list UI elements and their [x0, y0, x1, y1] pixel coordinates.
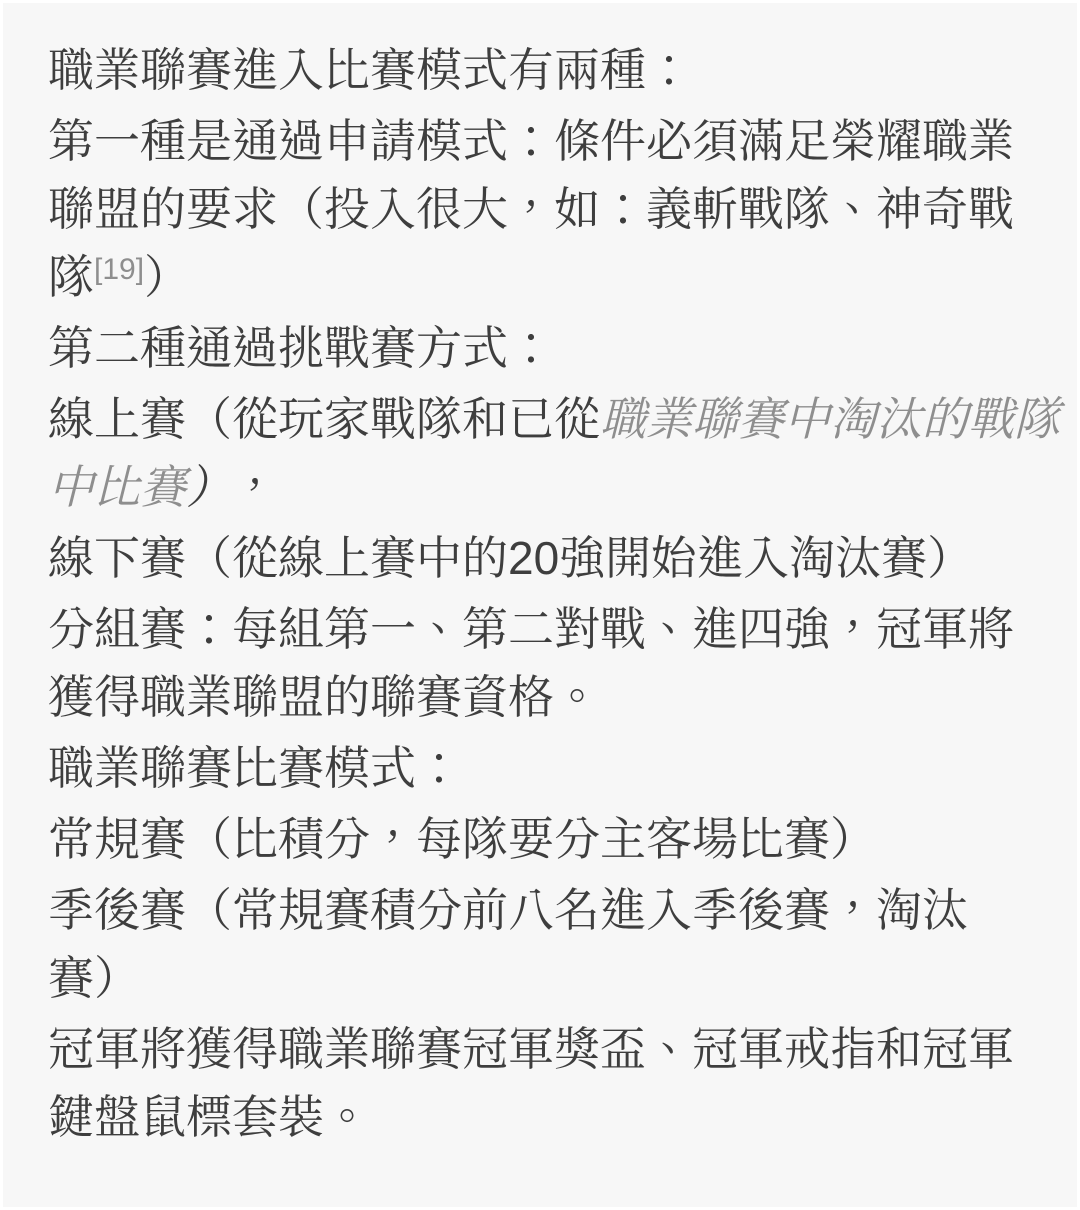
paragraph-group-stage: 分組賽：每組第一、第二對戰、進四強，冠軍將獲得職業聯盟的聯賽資格。 — [48, 595, 1032, 731]
paragraph-champion-rewards: 冠軍將獲得職業聯賽冠軍獎盃、冠軍戒指和冠軍鍵盤鼠標套裝。 — [48, 1015, 1032, 1151]
link-eliminated-teams[interactable]: 職業聯賽中淘汰的戰隊 — [600, 393, 1060, 445]
paragraph-league-modes-intro: 職業聯賽比賽模式： — [48, 734, 1032, 802]
text-run: 鍵盤鼠標套裝。 — [48, 1091, 370, 1143]
text-run: 獲得職業聯盟的聯賽資格。 — [48, 671, 600, 723]
text-run: 季後賽（常規賽積分前八名進入季後賽，淘汰 — [48, 884, 968, 936]
text-run: 賽） — [48, 952, 140, 1004]
text-run: 第一種是通過申請模式：條件必須滿足榮耀職業 — [48, 115, 1014, 167]
text-run: 職業聯賽進入比賽模式有兩種： — [48, 44, 692, 96]
text-run: 聯盟的要求（投入很大，如：義斬戰隊、神奇戰 — [48, 183, 1014, 235]
paragraph-entry-modes-intro: 職業聯賽進入比賽模式有兩種： — [48, 36, 1032, 104]
link-eliminated-teams[interactable]: 中比賽 — [48, 461, 186, 513]
text-run: 線下賽（從線上賽中的20強開始進入淘汰賽） — [48, 532, 973, 584]
text-run: ） — [186, 461, 232, 513]
paragraph-application-mode: 第一種是通過申請模式：條件必須滿足榮耀職業聯盟的要求（投入很大，如：義斬戰隊、神… — [48, 107, 1032, 311]
text-run: 隊 — [48, 251, 94, 303]
text-run: 分組賽：每組第一、第二對戰、進四強，冠軍將 — [48, 603, 1014, 655]
text-run: ， — [232, 461, 278, 513]
text-run: 冠軍將獲得職業聯賽冠軍獎盃、冠軍戒指和冠軍 — [48, 1023, 1014, 1075]
text-run: 線上賽（從玩家戰隊和已從 — [48, 393, 600, 445]
paragraph-offline-round: 線下賽（從線上賽中的20強開始進入淘汰賽） — [48, 524, 1032, 592]
paragraph-playoffs: 季後賽（常規賽積分前八名進入季後賽，淘汰賽） — [48, 876, 1032, 1012]
paragraph-challenge-mode: 第二種通過挑戰賽方式： — [48, 314, 1032, 382]
text-run: 常規賽（比積分，每隊要分主客場比賽） — [48, 813, 876, 865]
text-run: ） — [144, 251, 190, 303]
paragraph-regular-season: 常規賽（比積分，每隊要分主客場比賽） — [48, 805, 1032, 873]
paragraph-online-round: 線上賽（從玩家戰隊和已從職業聯賽中淘汰的戰隊中比賽）， — [48, 385, 1032, 521]
text-run: 第二種通過挑戰賽方式： — [48, 322, 554, 374]
text-run: 職業聯賽比賽模式： — [48, 742, 462, 794]
citation-ref-19[interactable]: [19] — [94, 253, 144, 286]
article-body: 職業聯賽進入比賽模式有兩種：第一種是通過申請模式：條件必須滿足榮耀職業聯盟的要求… — [48, 36, 1032, 1151]
article-text-panel: 職業聯賽進入比賽模式有兩種：第一種是通過申請模式：條件必須滿足榮耀職業聯盟的要求… — [3, 3, 1077, 1207]
